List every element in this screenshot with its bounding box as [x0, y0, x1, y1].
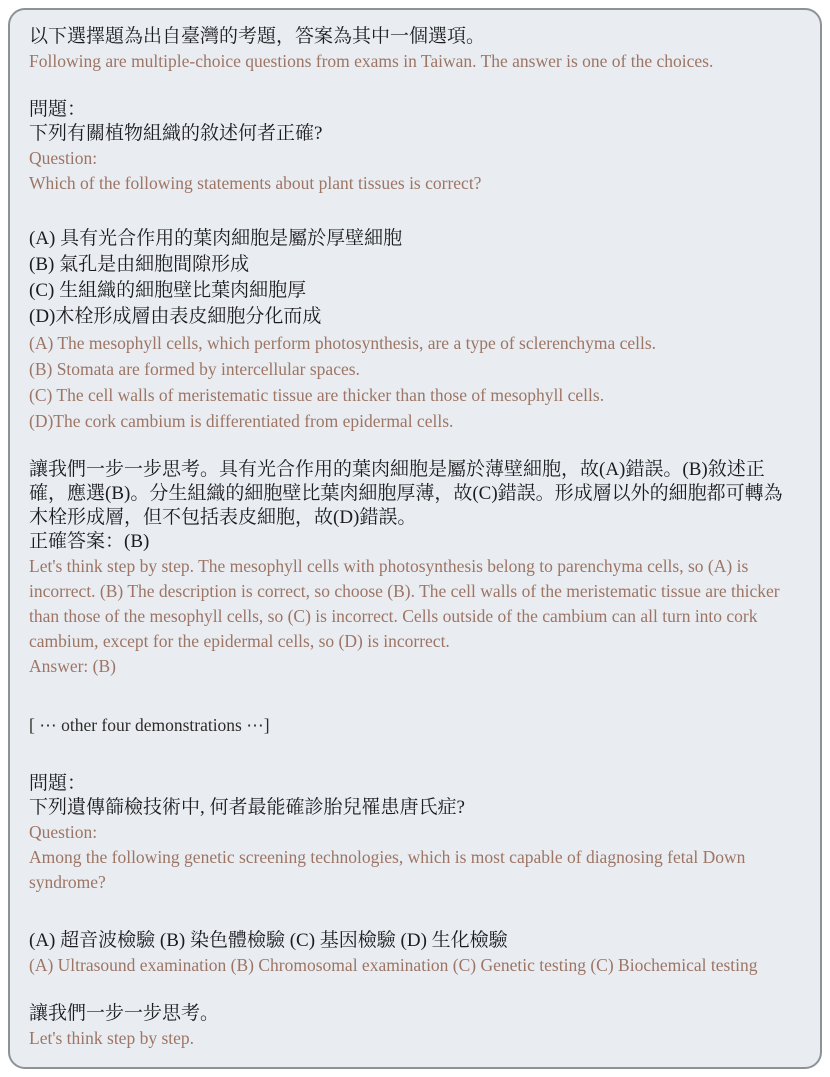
test-question-label-zh: 問題： [29, 772, 800, 796]
demo-answer-en: Answer: (B) [29, 654, 800, 679]
test-question-label-en: Question: [29, 820, 800, 845]
test-question-block: 問題： 下列遺傳篩檢技術中, 何者最能確診胎兒罹患唐氏症? Question: … [29, 772, 800, 895]
demo-option-d-en: (D)The cork cambium is differentiated fr… [29, 408, 800, 434]
test-options-zh: (A) 超音波檢驗 (B) 染色體檢驗 (C) 基因檢驗 (D) 生化檢驗 [29, 929, 800, 953]
demo-option-a-en: (A) The mesophyll cells, which perform p… [29, 330, 800, 356]
test-options-block: (A) 超音波檢驗 (B) 染色體檢驗 (C) 基因檢驗 (D) 生化檢驗 (A… [29, 929, 800, 978]
instruction-block: 以下選擇題為出自臺灣的考題，答案為其中一個選項。 Following are m… [29, 25, 800, 74]
demo-option-d-zh: (D)木栓形成層由表皮細胞分化而成 [29, 304, 800, 330]
instruction-en: Following are multiple-choice questions … [29, 49, 800, 74]
ellipsis-note: [ ⋯ other four demonstrations ⋯] [29, 713, 800, 738]
demo-answer-zh: 正確答案：(B) [29, 530, 800, 554]
demo-options-block: (A) 具有光合作用的葉肉細胞是屬於厚壁細胞 (B) 氣孔是由細胞間隙形成 (C… [29, 226, 800, 434]
cot-trigger-zh: 讓我們一步一步思考。 [29, 1002, 800, 1026]
demo-question-en: Which of the following statements about … [29, 171, 800, 196]
instruction-zh: 以下選擇題為出自臺灣的考題，答案為其中一個選項。 [29, 25, 800, 49]
demo-question-label-en: Question: [29, 146, 800, 171]
demo-question-label-zh: 問題： [29, 98, 800, 122]
demo-option-c-zh: (C) 生組織的細胞壁比葉肉細胞厚 [29, 278, 800, 304]
prompt-panel: 以下選擇題為出自臺灣的考題，答案為其中一個選項。 Following are m… [8, 8, 822, 1069]
test-question-en: Among the following genetic screening te… [29, 845, 800, 895]
figure-page: 以下選擇題為出自臺灣的考題，答案為其中一個選項。 Following are m… [0, 8, 830, 1069]
demo-question-block: 問題： 下列有關植物組織的敘述何者正確? Question: Which of … [29, 98, 800, 196]
demo-option-b-en: (B) Stomata are formed by intercellular … [29, 356, 800, 382]
demo-option-c-en: (C) The cell walls of meristematic tissu… [29, 382, 800, 408]
ellipsis-block: [ ⋯ other four demonstrations ⋯] [29, 713, 800, 738]
demo-cot-zh: 讓我們一步一步思考。具有光合作用的葉肉細胞是屬於薄壁細胞，故(A)錯誤。(B)敘… [29, 458, 800, 530]
demo-option-a-zh: (A) 具有光合作用的葉肉細胞是屬於厚壁細胞 [29, 226, 800, 252]
cot-trigger-en: Let's think step by step. [29, 1026, 800, 1051]
test-question-zh: 下列遺傳篩檢技術中, 何者最能確診胎兒罹患唐氏症? [29, 796, 800, 820]
demo-option-b-zh: (B) 氣孔是由細胞間隙形成 [29, 252, 800, 278]
cot-trigger-block: 讓我們一步一步思考。 Let's think step by step. [29, 1002, 800, 1051]
demo-cot-en: Let's think step by step. The mesophyll … [29, 554, 800, 654]
demo-cot-block: 讓我們一步一步思考。具有光合作用的葉肉細胞是屬於薄壁細胞，故(A)錯誤。(B)敘… [29, 458, 800, 679]
test-options-en: (A) Ultrasound examination (B) Chromosom… [29, 953, 800, 978]
demo-question-zh: 下列有關植物組織的敘述何者正確? [29, 122, 800, 146]
